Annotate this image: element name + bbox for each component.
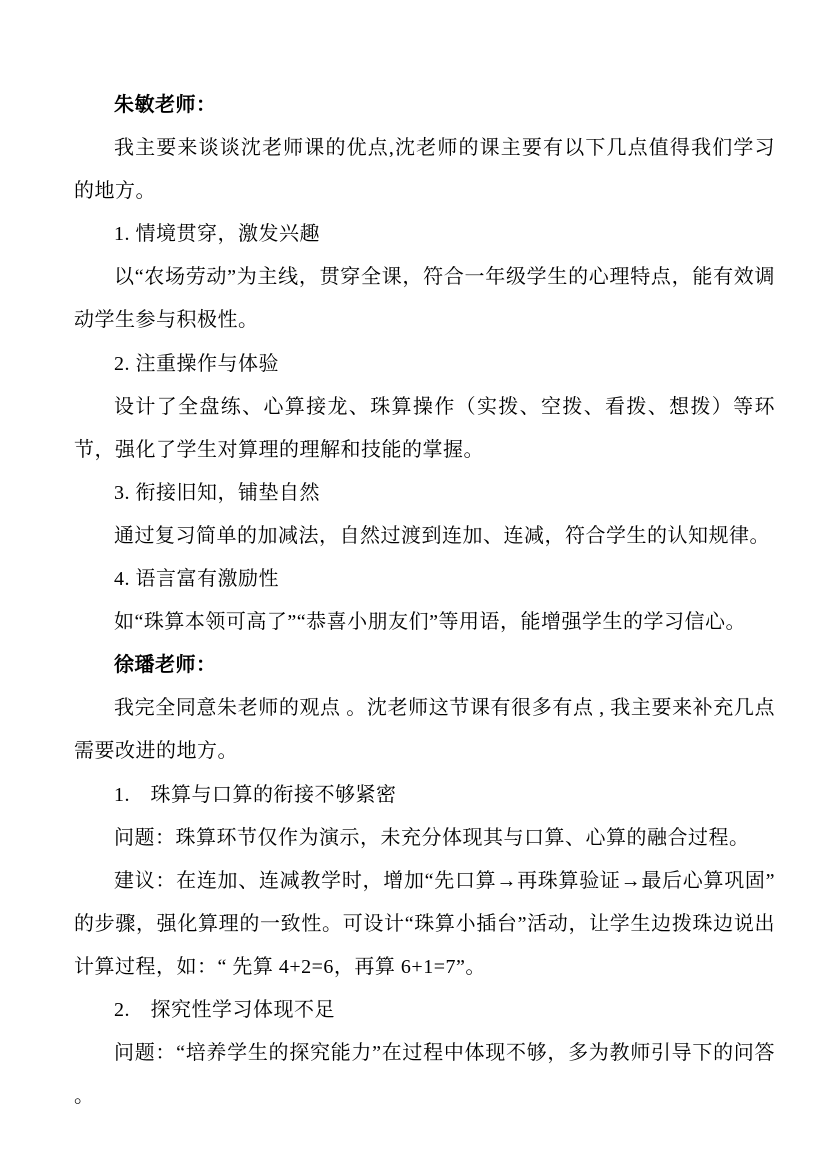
paragraph: 2. 探究性学习体现不足 [74, 989, 775, 1032]
paragraph: 建议：在连加、连减教学时，增加“先口算→再珠算验证→最后心算巩固”的步骤，强化算… [74, 860, 775, 989]
paragraph: 1. 情境贯穿，激发兴趣 [74, 213, 775, 256]
speaker-heading: 徐璠老师： [74, 644, 775, 687]
speaker-heading: 朱敏老师： [74, 84, 775, 127]
document-page: 朱敏老师：我主要来谈谈沈老师课的优点,沈老师的课主要有以下几点值得我们学习的地方… [0, 0, 827, 1170]
paragraph: 问题：“培养学生的探究能力”在过程中体现不够，多为教师引导下的问答 。 [74, 1032, 775, 1118]
paragraph: 我主要来谈谈沈老师课的优点,沈老师的课主要有以下几点值得我们学习的地方。 [74, 127, 775, 213]
paragraph: 4. 语言富有激励性 [74, 558, 775, 601]
paragraph: 3. 衔接旧知，铺垫自然 [74, 472, 775, 515]
paragraph: 以“农场劳动”为主线，贯穿全课，符合一年级学生的心理特点，能有效调动学生参与积极… [74, 256, 775, 342]
paragraph: 设计了全盘练、心算接龙、珠算操作（实拨、空拨、看拨、想拨）等环节，强化了学生对算… [74, 386, 775, 472]
document-body: 朱敏老师：我主要来谈谈沈老师课的优点,沈老师的课主要有以下几点值得我们学习的地方… [74, 84, 775, 1118]
paragraph: 我完全同意朱老师的观点 。沈老师这节课有很多有点 , 我主要来补充几点需要改进的… [74, 687, 775, 773]
paragraph: 问题：珠算环节仅作为演示，未充分体现其与口算、心算的融合过程。 [74, 817, 775, 860]
paragraph: 1. 珠算与口算的衔接不够紧密 [74, 774, 775, 817]
paragraph: 如“珠算本领可高了”“恭喜小朋友们”等用语，能增强学生的学习信心。 [74, 601, 775, 644]
paragraph: 通过复习简单的加减法，自然过渡到连加、连减，符合学生的认知规律。 [74, 515, 775, 558]
paragraph: 2. 注重操作与体验 [74, 343, 775, 386]
